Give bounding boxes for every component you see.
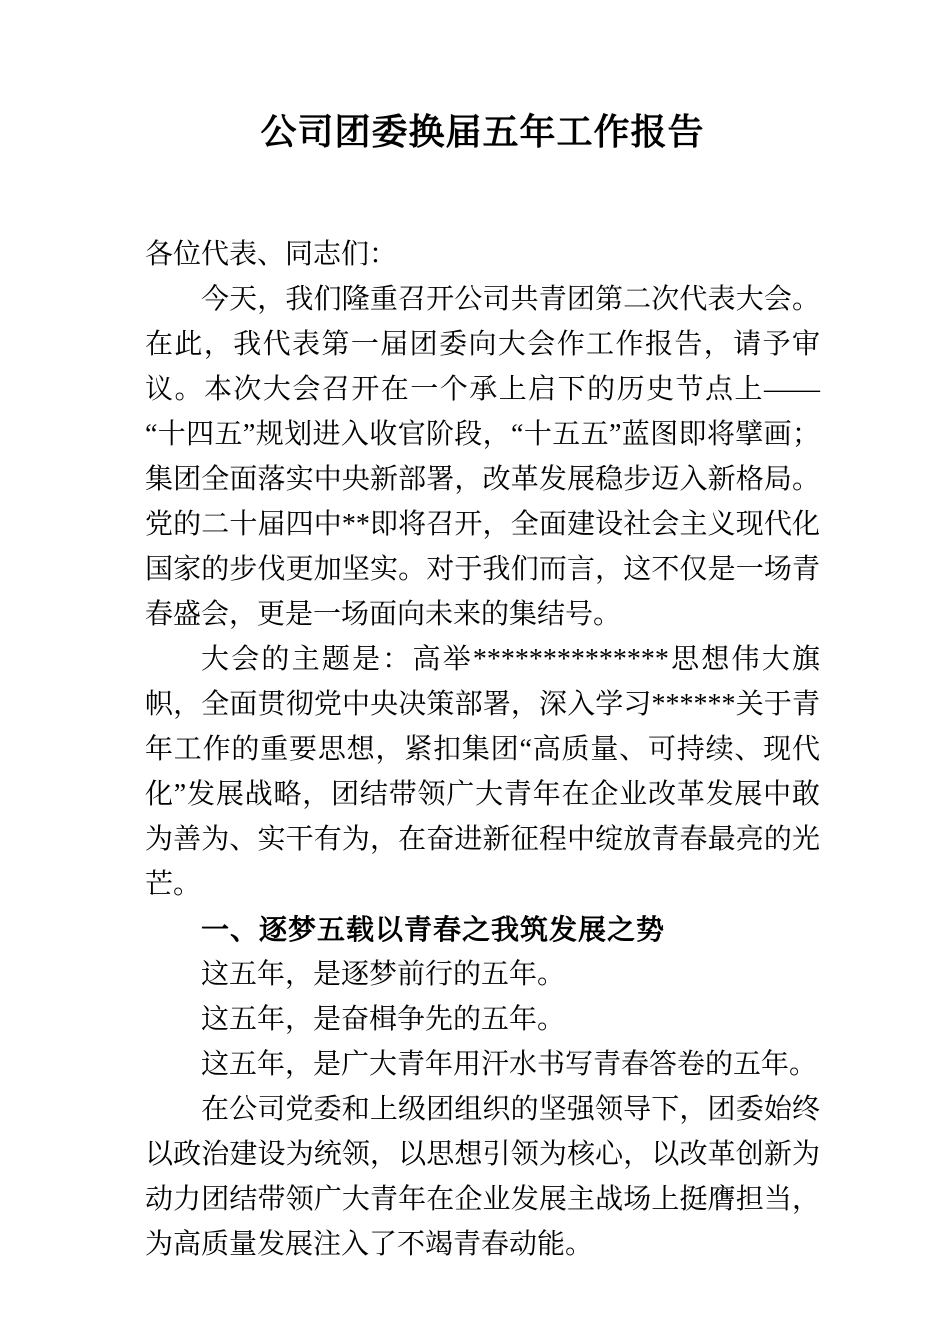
document-page: 公司团委换届五年工作报告 各位代表、同志们： 今天，我们隆重召开公司共青团第二次… — [0, 0, 950, 1344]
section-heading-1: 一、逐梦五载以青春之我筑发展之势 — [145, 907, 820, 952]
paragraph-five-years-1: 这五年，是逐梦前行的五年。 — [145, 952, 820, 997]
document-body: 各位代表、同志们： 今天，我们隆重召开公司共青团第二次代表大会。在此，我代表第一… — [145, 232, 820, 1267]
paragraph-intro: 今天，我们隆重召开公司共青团第二次代表大会。在此，我代表第一届团委向大会作工作报… — [145, 277, 820, 637]
paragraph-theme: 大会的主题是：高举**************思想伟大旗帜，全面贯彻党中央决策部… — [145, 637, 820, 907]
paragraph-five-years-2: 这五年，是奋楫争先的五年。 — [145, 997, 820, 1042]
document-title: 公司团委换届五年工作报告 — [145, 104, 820, 160]
salutation-line: 各位代表、同志们： — [145, 232, 820, 277]
paragraph-five-years-3: 这五年，是广大青年用汗水书写青春答卷的五年。 — [145, 1042, 820, 1087]
paragraph-leadership: 在公司党委和上级团组织的坚强领导下，团委始终以政治建设为统领，以思想引领为核心，… — [145, 1087, 820, 1267]
